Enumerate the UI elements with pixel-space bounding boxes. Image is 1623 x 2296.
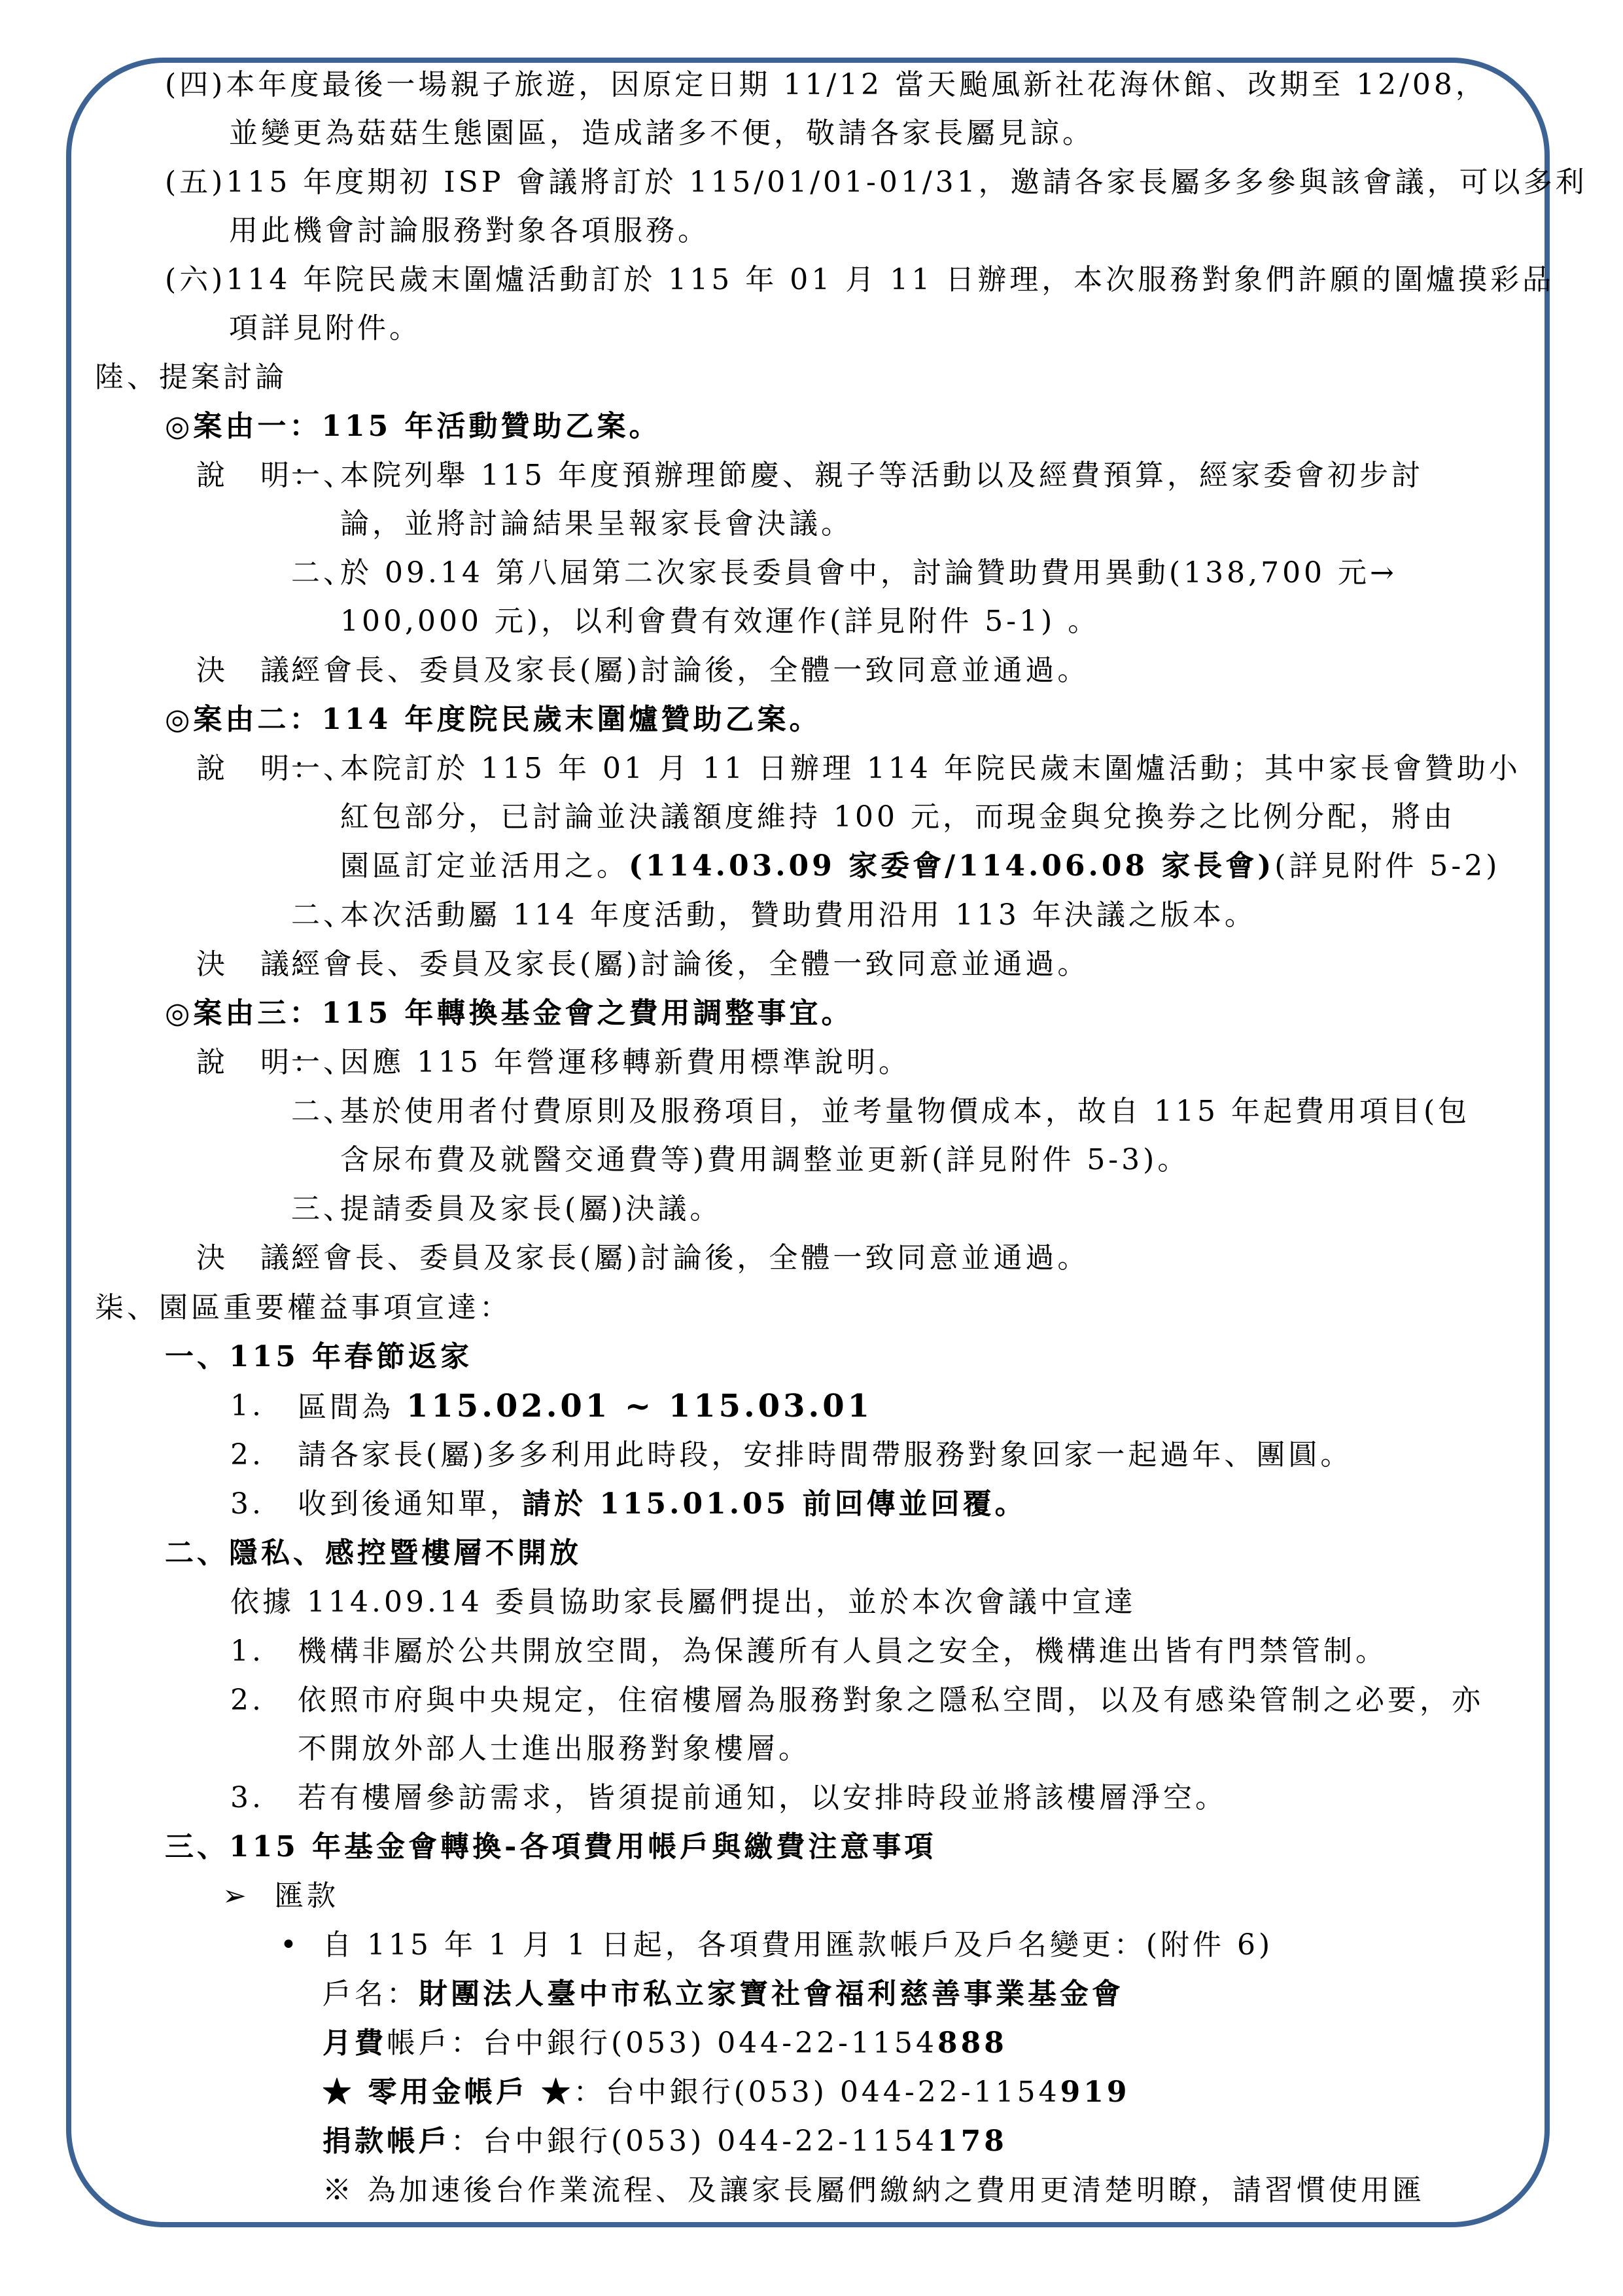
- item-6-text: 114 年院民歲末圍爐活動訂於 115 年 01 月 11 日辦理，本次服務對象…: [226, 263, 1554, 296]
- meeting-dates-bold: (114.03.09 家委會/114.06.08 家長會): [629, 849, 1274, 883]
- item-4-marker: (四): [165, 68, 226, 101]
- account-number-tail: 919: [1060, 2075, 1130, 2109]
- sub1-item-1-num: 1.: [230, 1382, 264, 1430]
- proposal-2-point-1-line-1: 本院訂於 115 年 01 月 11 日辦理 114 年院民歲末圍爐活動；其中家…: [340, 745, 1521, 793]
- sub2-item-3: 若有樓層參訪需求，皆須提前通知，以安排時段並將該樓層淨空。: [298, 1774, 1227, 1822]
- sub1-item-1: 區間為 115.02.01 ~ 115.03.01: [298, 1382, 873, 1430]
- arrow-bullet-icon: ➢: [222, 1872, 250, 1920]
- section-6-heading: 陸、提案討論: [95, 353, 287, 402]
- proposal-2-title: ◎案由二：114 年度院民歲末圍爐贊助乙案。: [165, 696, 822, 744]
- account-number: 台中銀行(053) 044-22-1154: [483, 2026, 937, 2060]
- section-7-heading: 柒、園區重要權益事項宣達：: [95, 1284, 512, 1332]
- account-name-value: 財團法人臺中市私立家寶社會福利慈善事業基金會: [419, 1977, 1124, 2011]
- proposal-1-title: ◎案由一：115 年活動贊助乙案。: [165, 402, 661, 451]
- sub2-item-2-num: 2.: [230, 1676, 264, 1725]
- sub2-item-1: 機構非屬於公共開放空間，為保護所有人員之安全，機構進出皆有門禁管制。: [298, 1627, 1387, 1676]
- proposal-3-point-2-line-2: 含尿布費及就醫交通費等)費用調整並更新(詳見附件 5-3)。: [340, 1136, 1189, 1184]
- holiday-date-range: 115.02.01 ~ 115.03.01: [406, 1388, 873, 1424]
- proposal-1-point-1-line-1: 本院列舉 115 年度預辦理節慶、親子等活動以及經費預算，經家委會初步討: [340, 451, 1423, 500]
- item-6-line-1: (六)114 年院民歲末圍爐活動訂於 115 年 01 月 11 日辦理，本次服…: [165, 256, 1554, 304]
- donation-account: 捐款帳戶：台中銀行(053) 044-22-1154178: [323, 2117, 1007, 2166]
- sub2-title: 二、隱私、感控暨樓層不開放: [165, 1529, 582, 1578]
- separator: ：: [574, 2075, 606, 2109]
- sub2-item-1-num: 1.: [230, 1627, 264, 1676]
- proposal-3-point-2-line-1: 基於使用者付費原則及服務項目，並考量物價成本，故自 115 年起費用項目(包: [340, 1087, 1470, 1136]
- dot-bullet-icon: •: [280, 1921, 300, 1969]
- proposal-3-title: ◎案由三：115 年轉換基金會之費用調整事宜。: [165, 989, 854, 1038]
- separator: ：: [451, 2125, 483, 2158]
- account-number-tail: 178: [937, 2125, 1007, 2158]
- account-number-tail: 888: [937, 2026, 1007, 2060]
- reply-deadline: 請於 115.01.05 前回傳並回覆。: [522, 1487, 1027, 1521]
- item-4-line-2: 並變更為菇菇生態園區，造成諸多不便，敬請各家長屬見諒。: [229, 109, 1094, 158]
- sub2-item-2-line-1: 依照市府與中央規定，住宿樓層為服務對象之隱私空間，以及有感染管制之必要，亦: [298, 1676, 1484, 1725]
- item-6-marker: (六): [165, 263, 226, 296]
- account-label-bold-with-star-icons: ★ 零用金帳戶 ★: [323, 2075, 574, 2109]
- proposal-1-point-2-line-2: 100,000 元)，以利會費有效運作(詳見附件 5-1) 。: [340, 597, 1100, 646]
- proposal-2-point-1-line-2: 紅包部分，已討論並決議額度維持 100 元，而現金與兌換券之比例分配，將由: [340, 793, 1456, 841]
- item-5-marker: (五): [165, 166, 226, 199]
- sub1-item-3: 收到後通知單，請於 115.01.05 前回傳並回覆。: [298, 1480, 1027, 1528]
- proposal-1-resolution: 經會長、委員及家長(屬)討論後，全體一致同意並通過。: [291, 646, 1089, 695]
- allowance-account: ★ 零用金帳戶 ★：台中銀行(053) 044-22-1154919: [323, 2068, 1130, 2117]
- proposal-1-point-1-line-2: 論，並將討論結果呈報家長會決議。: [340, 500, 853, 548]
- attachment-ref: (詳見附件 5-2): [1274, 849, 1500, 883]
- item-5-line-1: (五)115 年度期初 ISP 會議將訂於 115/01/01-01/31，邀請…: [165, 158, 1588, 207]
- remittance-label: 匯款: [275, 1872, 339, 1920]
- account-name-label: 戶名：: [323, 1977, 419, 2011]
- monthly-fee-account: 月費帳戶：台中銀行(053) 044-22-1154888: [323, 2019, 1007, 2068]
- item-5-text: 115 年度期初 ISP 會議將訂於 115/01/01-01/31，邀請各家長…: [226, 166, 1587, 199]
- account-name-row: 戶名：財團法人臺中市私立家寶社會福利慈善事業基金會: [323, 1970, 1124, 2019]
- sub1-item-3-num: 3.: [230, 1480, 264, 1528]
- sub3-title: 三、115 年基金會轉換-各項費用帳戶與繳費注意事項: [165, 1823, 936, 1871]
- sub2-intro: 依據 114.09.14 委員協助家長屬們提出，並於本次會議中宣達: [230, 1578, 1136, 1627]
- account-number: 台中銀行(053) 044-22-1154: [483, 2125, 937, 2158]
- proposal-3-point-3-line-1: 提請委員及家長(屬)決議。: [340, 1185, 722, 1233]
- account-label-bold: 月費: [323, 2026, 387, 2060]
- sub1-item-2-num: 2.: [230, 1431, 264, 1479]
- sub1-item-2: 請各家長(屬)多多利用此時段，安排時間帶服務對象回家一起過年、團圓。: [298, 1431, 1352, 1479]
- account-label-bold: 捐款帳戶: [323, 2125, 451, 2158]
- proposal-1-point-2-line-1: 於 09.14 第八屆第二次家長委員會中，討論贊助費用異動(138,700 元→: [340, 549, 1397, 597]
- item-6-line-2: 項詳見附件。: [229, 304, 421, 353]
- separator: ：: [451, 2026, 483, 2060]
- sub1-item-3-pre: 收到後通知單，: [298, 1487, 522, 1521]
- item-4-text: 本年度最後一場親子旅遊，因原定日期 11/12 當天颱風新社花海休館、改期至 1…: [226, 68, 1488, 101]
- proposal-3-point-1-line-1: 因應 115 年營運移轉新費用標準說明。: [340, 1038, 911, 1087]
- sub1-item-1-pre: 區間為: [298, 1390, 406, 1424]
- proposal-3-resolution: 經會長、委員及家長(屬)討論後，全體一致同意並通過。: [291, 1234, 1089, 1282]
- sub2-item-3-num: 3.: [230, 1774, 264, 1822]
- sub2-item-2-line-2: 不開放外部人士進出服務對象樓層。: [298, 1725, 811, 1773]
- account-label: 帳戶: [387, 2026, 451, 2060]
- account-change-notice: 自 115 年 1 月 1 日起，各項費用匯款帳戶及戶名變更：(附件 6): [323, 1921, 1273, 1969]
- proposal-2-point-1-line-3: 園區訂定並活用之。(114.03.09 家委會/114.06.08 家長會)(詳…: [340, 842, 1500, 891]
- line3-pre: 園區訂定並活用之。: [340, 849, 629, 883]
- remittance-note: ※ 為加速後台作業流程、及讓家長屬們繳納之費用更清楚明瞭，請習慣使用匯: [323, 2166, 1425, 2215]
- account-number: 台中銀行(053) 044-22-1154: [606, 2075, 1060, 2109]
- item-4-line-1: (四)本年度最後一場親子旅遊，因原定日期 11/12 當天颱風新社花海休館、改期…: [165, 61, 1488, 109]
- sub1-title: 一、115 年春節返家: [165, 1333, 472, 1381]
- proposal-2-resolution: 經會長、委員及家長(屬)討論後，全體一致同意並通過。: [291, 940, 1089, 989]
- item-5-line-2: 用此機會討論服務對象各項服務。: [229, 207, 710, 255]
- proposal-2-point-2-line-1: 本次活動屬 114 年度活動，贊助費用沿用 113 年決議之版本。: [340, 891, 1257, 940]
